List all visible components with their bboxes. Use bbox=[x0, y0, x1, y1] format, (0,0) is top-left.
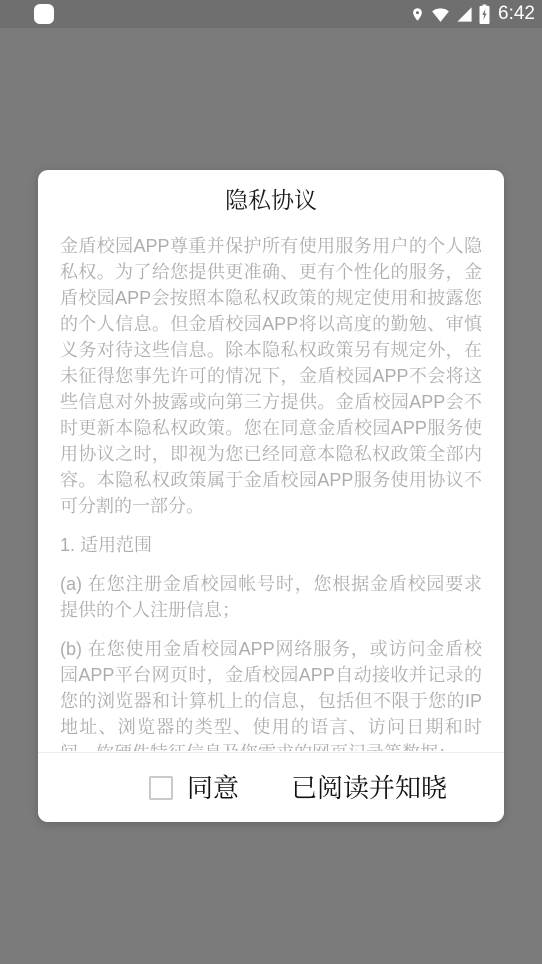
location-pin-icon bbox=[410, 7, 425, 22]
privacy-paragraph: (b) 在您使用金盾校园APP网络服务，或访问金盾校园APP平台网页时，金盾校园… bbox=[60, 636, 482, 751]
confirm-button[interactable]: 已阅读并知晓 bbox=[291, 773, 447, 803]
cellular-signal-icon bbox=[456, 6, 473, 23]
status-bar-right: 6:42 bbox=[410, 0, 535, 28]
status-time: 6:42 bbox=[498, 0, 535, 28]
privacy-paragraph: 金盾校园APP尊重并保护所有使用服务用户的个人隐私权。为了给您提供更准确、更有个… bbox=[60, 233, 482, 519]
privacy-paragraph: (a) 在您注册金盾校园帐号时，您根据金盾校园要求提供的个人注册信息； bbox=[60, 571, 482, 623]
notification-app-icon bbox=[34, 4, 54, 24]
agree-checkbox-group[interactable]: 同意 bbox=[149, 773, 239, 803]
agree-label: 同意 bbox=[187, 773, 239, 803]
wifi-icon bbox=[431, 6, 450, 23]
privacy-text-scroll-area[interactable]: 金盾校园APP尊重并保护所有使用服务用户的个人隐私权。为了给您提供更准确、更有个… bbox=[38, 233, 504, 751]
dialog-title: 隐私协议 bbox=[38, 170, 504, 214]
battery-charging-icon bbox=[479, 4, 490, 24]
status-bar: 6:42 bbox=[0, 0, 542, 28]
agree-checkbox[interactable] bbox=[149, 776, 173, 800]
privacy-dialog: 隐私协议 金盾校园APP尊重并保护所有使用服务用户的个人隐私权。为了给您提供更准… bbox=[38, 170, 504, 822]
privacy-paragraph: 1. 适用范围 bbox=[60, 532, 482, 558]
dialog-footer: 同意 已阅读并知晓 bbox=[38, 752, 504, 822]
status-bar-left bbox=[7, 4, 54, 24]
